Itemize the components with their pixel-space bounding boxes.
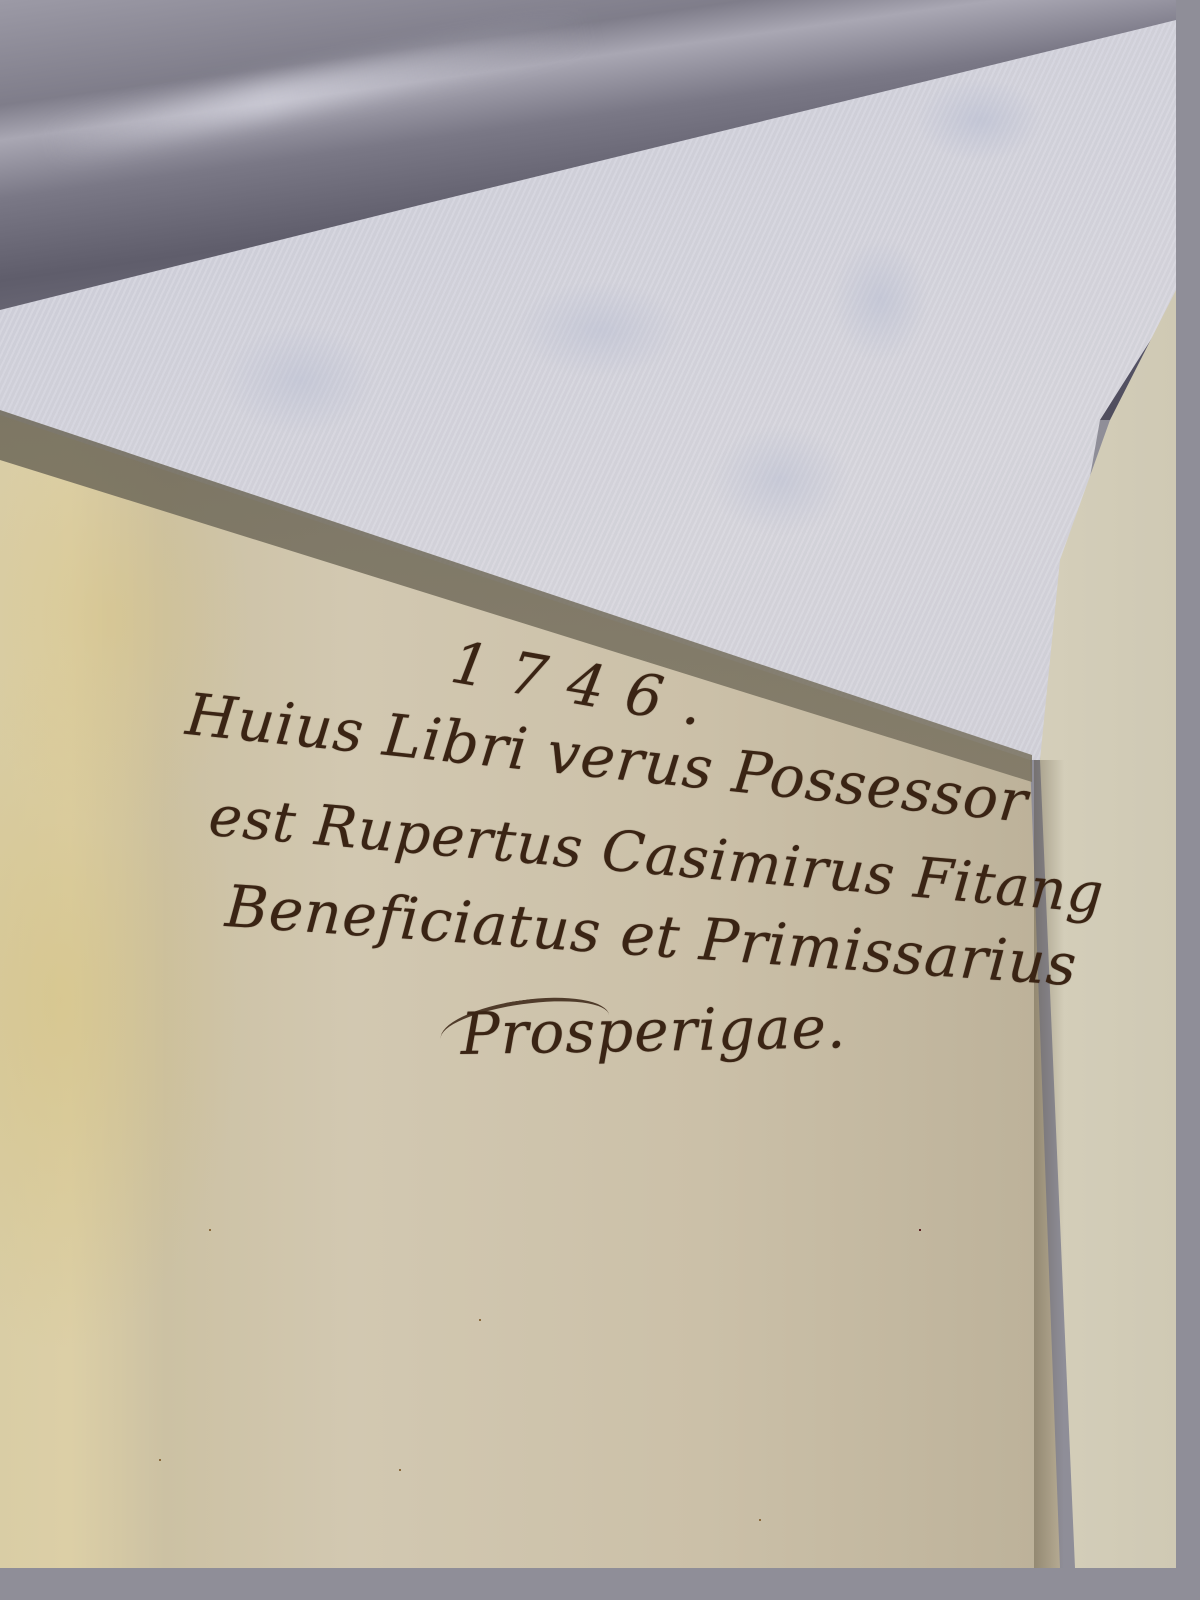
ownership-inscription: 1746. Huius Libri verus Possessor est Ru… bbox=[0, 0, 1176, 1568]
inscription-line-4: Prosperigae. bbox=[460, 993, 847, 1068]
